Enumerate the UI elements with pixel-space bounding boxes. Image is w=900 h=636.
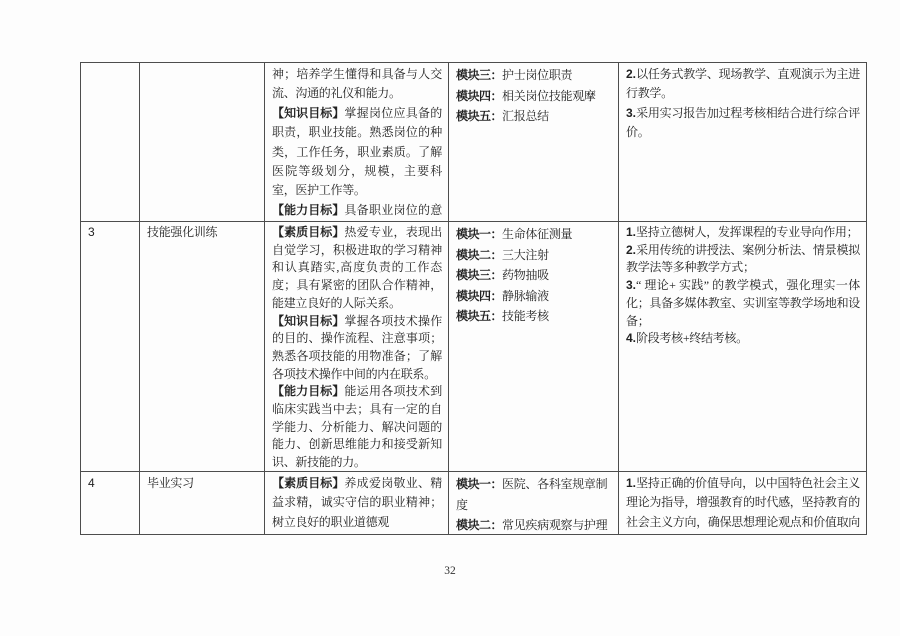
methods-item-text: “ 理论+ 实践” 的教学模式，强化理实一体化；具备多媒体教室、实训室等教学场地… xyxy=(626,278,860,327)
modules-cell-content: 模块三：护士岗位职责模块四：相关岗位技能观摩模块五：汇报总结 xyxy=(456,65,612,220)
row-number-cell: 4 xyxy=(81,472,140,535)
modules-item: 模块四：静脉输液 xyxy=(456,286,612,307)
modules-item: 模块二：常见疾病观察与护理 xyxy=(456,515,612,533)
objectives-item: 【知识目标】掌握岗位应具备的职责，职业技能。熟悉岗位的种类，工作任务，职业素质。… xyxy=(272,104,442,201)
document-page: 神；培养学生懂得和具备与人交流、沟通的礼仪和能力。【知识目标】掌握岗位应具备的职… xyxy=(0,0,900,636)
objectives-item-label: 【能力目标】 xyxy=(272,384,344,398)
objectives-item: 【知识目标】掌握各项技术操作的目的、操作流程、注意事项；熟悉各项技能的用物准备；… xyxy=(272,313,442,384)
methods-cell-content: 2.以任务式教学、现场教学、直观演示为主进行教学。3.采用实习报告加过程考核相结… xyxy=(626,65,860,220)
modules-item: 模块五：技能考核 xyxy=(456,306,612,327)
stage-name-cell: 技能强化训练 xyxy=(140,222,265,472)
modules-item-text: 药物抽吸 xyxy=(502,268,549,282)
modules-cell-content: 模块一：医院、各科室规章制度模块二：常见疾病观察与护理 xyxy=(456,474,612,533)
objectives-item-label: 【素质目标】 xyxy=(272,225,344,239)
methods-item-label: 3. xyxy=(626,106,636,120)
row-number-cell: 3 xyxy=(81,222,140,472)
methods-cell: 1.坚持立德树人，发挥课程的专业导向作用；2.采用传统的讲授法、案例分析法、情景… xyxy=(619,222,867,472)
row-number-cell xyxy=(81,63,140,222)
objectives-cell: 神；培养学生懂得和具备与人交流、沟通的礼仪和能力。【知识目标】掌握岗位应具备的职… xyxy=(265,63,449,222)
table-row: 神；培养学生懂得和具备与人交流、沟通的礼仪和能力。【知识目标】掌握岗位应具备的职… xyxy=(81,63,867,222)
modules-item-label: 模块四： xyxy=(456,89,502,103)
objectives-item: 【素质目标】热爱专业，表现出自觉学习，积极进取的学习精神和认真踏实,高度负责的工… xyxy=(272,224,442,313)
methods-cell: 2.以任务式教学、现场教学、直观演示为主进行教学。3.采用实习报告加过程考核相结… xyxy=(619,63,867,222)
modules-item: 模块一：医院、各科室规章制度 xyxy=(456,474,612,515)
objectives-item-text: 神；培养学生懂得和具备与人交流、沟通的礼仪和能力。 xyxy=(272,67,442,100)
curriculum-table-body: 神；培养学生懂得和具备与人交流、沟通的礼仪和能力。【知识目标】掌握岗位应具备的职… xyxy=(81,63,867,535)
modules-item-label: 模块五： xyxy=(456,309,502,323)
modules-item-label: 模块五： xyxy=(456,109,502,123)
stage-name-cell xyxy=(140,63,265,222)
modules-item: 模块三：药物抽吸 xyxy=(456,265,612,286)
modules-item-label: 模块二： xyxy=(456,518,502,532)
modules-item: 模块三：护士岗位职责 xyxy=(456,65,612,86)
methods-item: 1.坚持立德树人，发挥课程的专业导向作用； xyxy=(626,224,860,242)
modules-item-text: 汇报总结 xyxy=(502,109,549,123)
modules-item-text: 三大注射 xyxy=(502,248,549,262)
modules-cell: 模块一：医院、各科室规章制度模块二：常见疾病观察与护理 xyxy=(449,472,619,535)
methods-item-label: 1. xyxy=(626,225,636,239)
modules-item-text: 生命体征测量 xyxy=(502,227,572,241)
methods-item: 2.以任务式教学、现场教学、直观演示为主进行教学。 xyxy=(626,65,860,104)
page-number: 32 xyxy=(0,565,900,577)
stage-name-cell: 毕业实习 xyxy=(140,472,265,535)
methods-cell: 1.坚持正确的价值导向，以中国特色社会主义理论为指导，增强教育的时代感，坚持教育… xyxy=(619,472,867,535)
modules-item-label: 模块三： xyxy=(456,68,502,82)
methods-item: 3.“ 理论+ 实践” 的教学模式，强化理实一体化；具备多媒体教室、实训室等教学… xyxy=(626,277,860,330)
modules-item-label: 模块三： xyxy=(456,268,502,282)
modules-item: 模块五：汇报总结 xyxy=(456,106,612,127)
modules-item: 模块二：三大注射 xyxy=(456,245,612,266)
curriculum-table: 神；培养学生懂得和具备与人交流、沟通的礼仪和能力。【知识目标】掌握岗位应具备的职… xyxy=(80,62,867,535)
modules-cell: 模块三：护士岗位职责模块四：相关岗位技能观摩模块五：汇报总结 xyxy=(449,63,619,222)
methods-item-label: 1. xyxy=(626,476,636,490)
methods-item-label: 2. xyxy=(626,243,636,257)
objectives-item: 【能力目标】能运用各项技术到临床实践当中去；具有一定的自学能力、分析能力、解决问… xyxy=(272,383,442,470)
modules-item-label: 模块一： xyxy=(456,477,502,491)
modules-item-text: 静脉输液 xyxy=(502,289,549,303)
methods-item: 2.采用传统的讲授法、案例分析法、情景模拟教学法等多种教学方式； xyxy=(626,242,860,277)
modules-cell: 模块一：生命体征测量模块二：三大注射模块三：药物抽吸模块四：静脉输液模块五：技能… xyxy=(449,222,619,472)
modules-item-label: 模块四： xyxy=(456,289,502,303)
modules-item: 模块一：生命体征测量 xyxy=(456,224,612,245)
methods-item: 3.采用实习报告加过程考核相结合进行综合评价。 xyxy=(626,104,860,143)
objectives-item-label: 【素质目标】 xyxy=(272,476,344,490)
objectives-item-label: 【知识目标】 xyxy=(272,314,344,328)
objectives-item: 【能力目标】具备职业岗位的意识；具有专业的视野。 xyxy=(272,201,442,220)
methods-item-label: 4. xyxy=(626,331,636,345)
objectives-cell: 【素质目标】养成爱岗敬业、精益求精，诚实守信的职业精神；树立良好的职业道德观 xyxy=(265,472,449,535)
methods-cell-content: 1.坚持正确的价值导向，以中国特色社会主义理论为指导，增强教育的时代感，坚持教育… xyxy=(626,474,860,533)
table-row: 4毕业实习【素质目标】养成爱岗敬业、精益求精，诚实守信的职业精神；树立良好的职业… xyxy=(81,472,867,535)
table-row: 3技能强化训练【素质目标】热爱专业，表现出自觉学习，积极进取的学习精神和认真踏实… xyxy=(81,222,867,472)
objectives-item: 【素质目标】养成爱岗敬业、精益求精，诚实守信的职业精神；树立良好的职业道德观 xyxy=(272,474,442,532)
objectives-item-label: 【知识目标】 xyxy=(272,106,344,120)
methods-item: 4.阶段考核+终结考核。 xyxy=(626,330,860,348)
objectives-cell: 【素质目标】热爱专业，表现出自觉学习，积极进取的学习精神和认真踏实,高度负责的工… xyxy=(265,222,449,472)
methods-item-label: 2. xyxy=(626,67,636,81)
methods-item: 1.坚持正确的价值导向，以中国特色社会主义理论为指导，增强教育的时代感，坚持教育… xyxy=(626,474,860,532)
modules-item: 模块四：相关岗位技能观摩 xyxy=(456,86,612,107)
objectives-cell-content: 【素质目标】热爱专业，表现出自觉学习，积极进取的学习精神和认真踏实,高度负责的工… xyxy=(272,224,442,470)
methods-item-text: 坚持立德树人，发挥课程的专业导向作用； xyxy=(636,225,858,239)
methods-item-text: 采用传统的讲授法、案例分析法、情景模拟教学法等多种教学方式； xyxy=(626,243,860,275)
objectives-cell-content: 神；培养学生懂得和具备与人交流、沟通的礼仪和能力。【知识目标】掌握岗位应具备的职… xyxy=(272,65,442,220)
modules-item-text: 护士岗位职责 xyxy=(502,68,572,82)
methods-item-text: 以任务式教学、现场教学、直观演示为主进行教学。 xyxy=(626,67,860,100)
modules-item-label: 模块二： xyxy=(456,248,502,262)
objectives-item: 神；培养学生懂得和具备与人交流、沟通的礼仪和能力。 xyxy=(272,65,442,104)
methods-item-text: 阶段考核+终结考核。 xyxy=(636,331,748,345)
methods-cell-content: 1.坚持立德树人，发挥课程的专业导向作用；2.采用传统的讲授法、案例分析法、情景… xyxy=(626,224,860,470)
methods-item-text: 采用实习报告加过程考核相结合进行综合评价。 xyxy=(626,106,860,139)
methods-item-label: 3. xyxy=(626,278,636,292)
methods-item-text: 坚持正确的价值导向，以中国特色社会主义理论为指导，增强教育的时代感，坚持教育的社… xyxy=(626,476,860,529)
modules-item-text: 常见疾病观察与护理 xyxy=(502,518,607,532)
modules-item-text: 技能考核 xyxy=(502,309,549,323)
modules-item-text: 相关岗位技能观摩 xyxy=(502,89,596,103)
modules-item-label: 模块一： xyxy=(456,227,502,241)
objectives-item-label: 【能力目标】 xyxy=(272,203,344,217)
modules-cell-content: 模块一：生命体征测量模块二：三大注射模块三：药物抽吸模块四：静脉输液模块五：技能… xyxy=(456,224,612,470)
objectives-cell-content: 【素质目标】养成爱岗敬业、精益求精，诚实守信的职业精神；树立良好的职业道德观 xyxy=(272,474,442,533)
